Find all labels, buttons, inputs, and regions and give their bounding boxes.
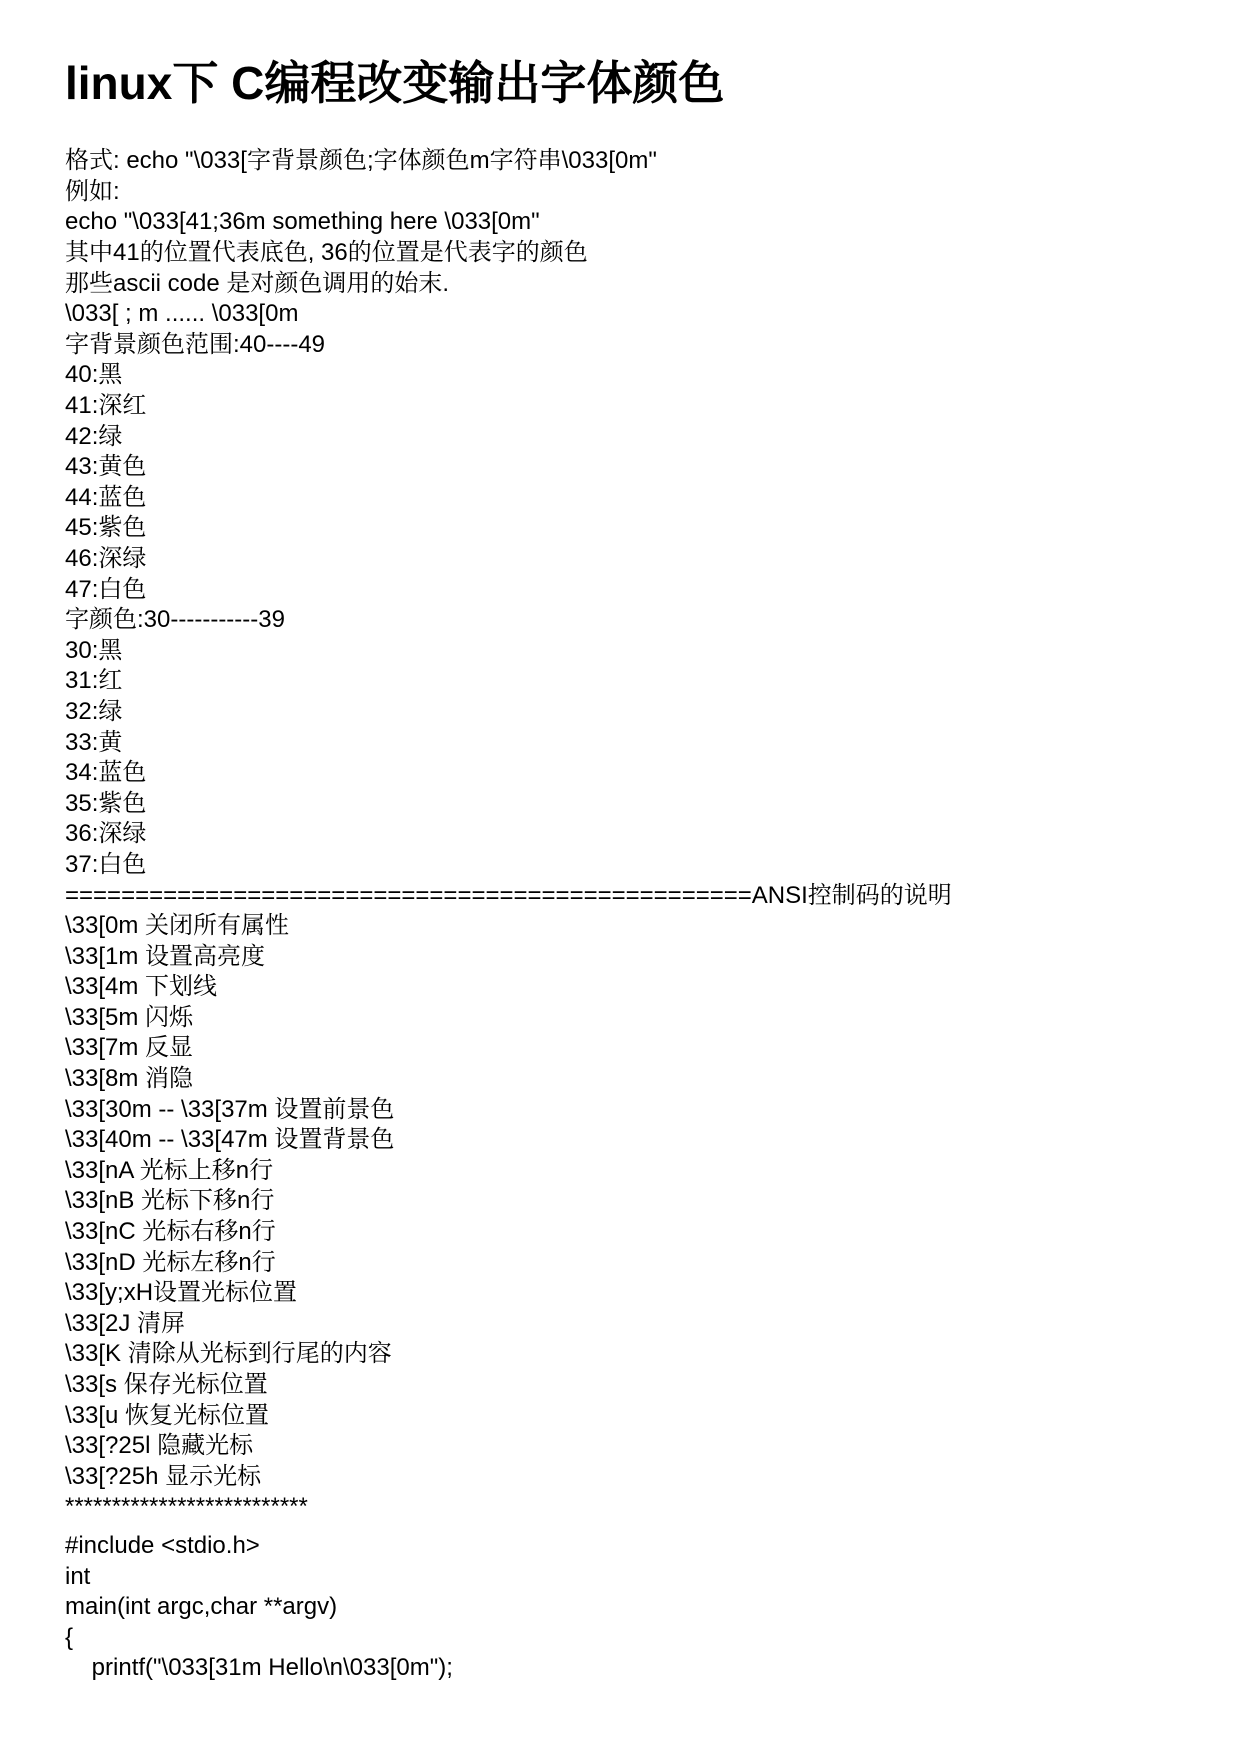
text-line: \33[nA 光标上移n行 <box>65 1156 1200 1187</box>
text-line: 33:黄 <box>65 728 1200 759</box>
document-body: 格式: echo "\033[字背景颜色;字体颜色m字符串\033[0m"例如:… <box>65 146 1200 1684</box>
text-line: \33[u 恢复光标位置 <box>65 1401 1200 1432</box>
text-line: echo "\033[41;36m something here \033[0m… <box>65 207 1200 238</box>
text-line: \33[40m -- \33[47m 设置背景色 <box>65 1125 1200 1156</box>
document-page: linux下 C编程改变输出字体颜色 格式: echo "\033[字背景颜色;… <box>0 0 1240 1754</box>
text-line: \33[4m 下划线 <box>65 972 1200 1003</box>
text-line: 35:紫色 <box>65 789 1200 820</box>
text-line: 36:深绿 <box>65 819 1200 850</box>
text-line: 字颜色:30-----------39 <box>65 605 1200 636</box>
text-line: \33[nB 光标下移n行 <box>65 1186 1200 1217</box>
text-line: 字背景颜色范围:40----49 <box>65 330 1200 361</box>
text-line: 格式: echo "\033[字背景颜色;字体颜色m字符串\033[0m" <box>65 146 1200 177</box>
text-line: \33[?25l 隐藏光标 <box>65 1431 1200 1462</box>
text-line: 31:红 <box>65 666 1200 697</box>
text-line: \33[7m 反显 <box>65 1033 1200 1064</box>
text-line: 例如: <box>65 177 1200 208</box>
text-line: \33[30m -- \33[37m 设置前景色 <box>65 1095 1200 1126</box>
text-line: 47:白色 <box>65 575 1200 606</box>
text-line: \33[K 清除从光标到行尾的内容 <box>65 1339 1200 1370</box>
text-line: 45:紫色 <box>65 513 1200 544</box>
text-line: 40:黑 <box>65 360 1200 391</box>
text-line: ************************** <box>65 1492 1200 1523</box>
text-line: 44:蓝色 <box>65 483 1200 514</box>
text-line: \33[s 保存光标位置 <box>65 1370 1200 1401</box>
text-line: \33[1m 设置高亮度 <box>65 942 1200 973</box>
page-title: linux下 C编程改变输出字体颜色 <box>65 56 1200 110</box>
text-line: main(int argc,char **argv) <box>65 1592 1200 1623</box>
text-line: 46:深绿 <box>65 544 1200 575</box>
text-line: 30:黑 <box>65 636 1200 667</box>
text-line: 32:绿 <box>65 697 1200 728</box>
text-line: ========================================… <box>65 881 1200 912</box>
text-line: 其中41的位置代表底色, 36的位置是代表字的颜色 <box>65 238 1200 269</box>
text-line: \33[?25h 显示光标 <box>65 1462 1200 1493</box>
text-line: \33[0m 关闭所有属性 <box>65 911 1200 942</box>
text-line: \033[ ; m ...... \033[0m <box>65 299 1200 330</box>
text-line: 42:绿 <box>65 422 1200 453</box>
text-line: 43:黄色 <box>65 452 1200 483</box>
text-line: #include <stdio.h> <box>65 1531 1200 1562</box>
text-line: \33[y;xH设置光标位置 <box>65 1278 1200 1309</box>
text-line: 34:蓝色 <box>65 758 1200 789</box>
text-line: 那些ascii code 是对颜色调用的始末. <box>65 269 1200 300</box>
text-line: printf("\033[31m Hello\n\033[0m"); <box>65 1653 1200 1684</box>
text-line: \33[5m 闪烁 <box>65 1003 1200 1034</box>
text-line: 41:深红 <box>65 391 1200 422</box>
text-line: \33[nD 光标左移n行 <box>65 1248 1200 1279</box>
text-line: int <box>65 1562 1200 1593</box>
text-line: \33[2J 清屏 <box>65 1309 1200 1340</box>
text-line: 37:白色 <box>65 850 1200 881</box>
text-line: { <box>65 1623 1200 1654</box>
text-line: \33[nC 光标右移n行 <box>65 1217 1200 1248</box>
text-line: \33[8m 消隐 <box>65 1064 1200 1095</box>
